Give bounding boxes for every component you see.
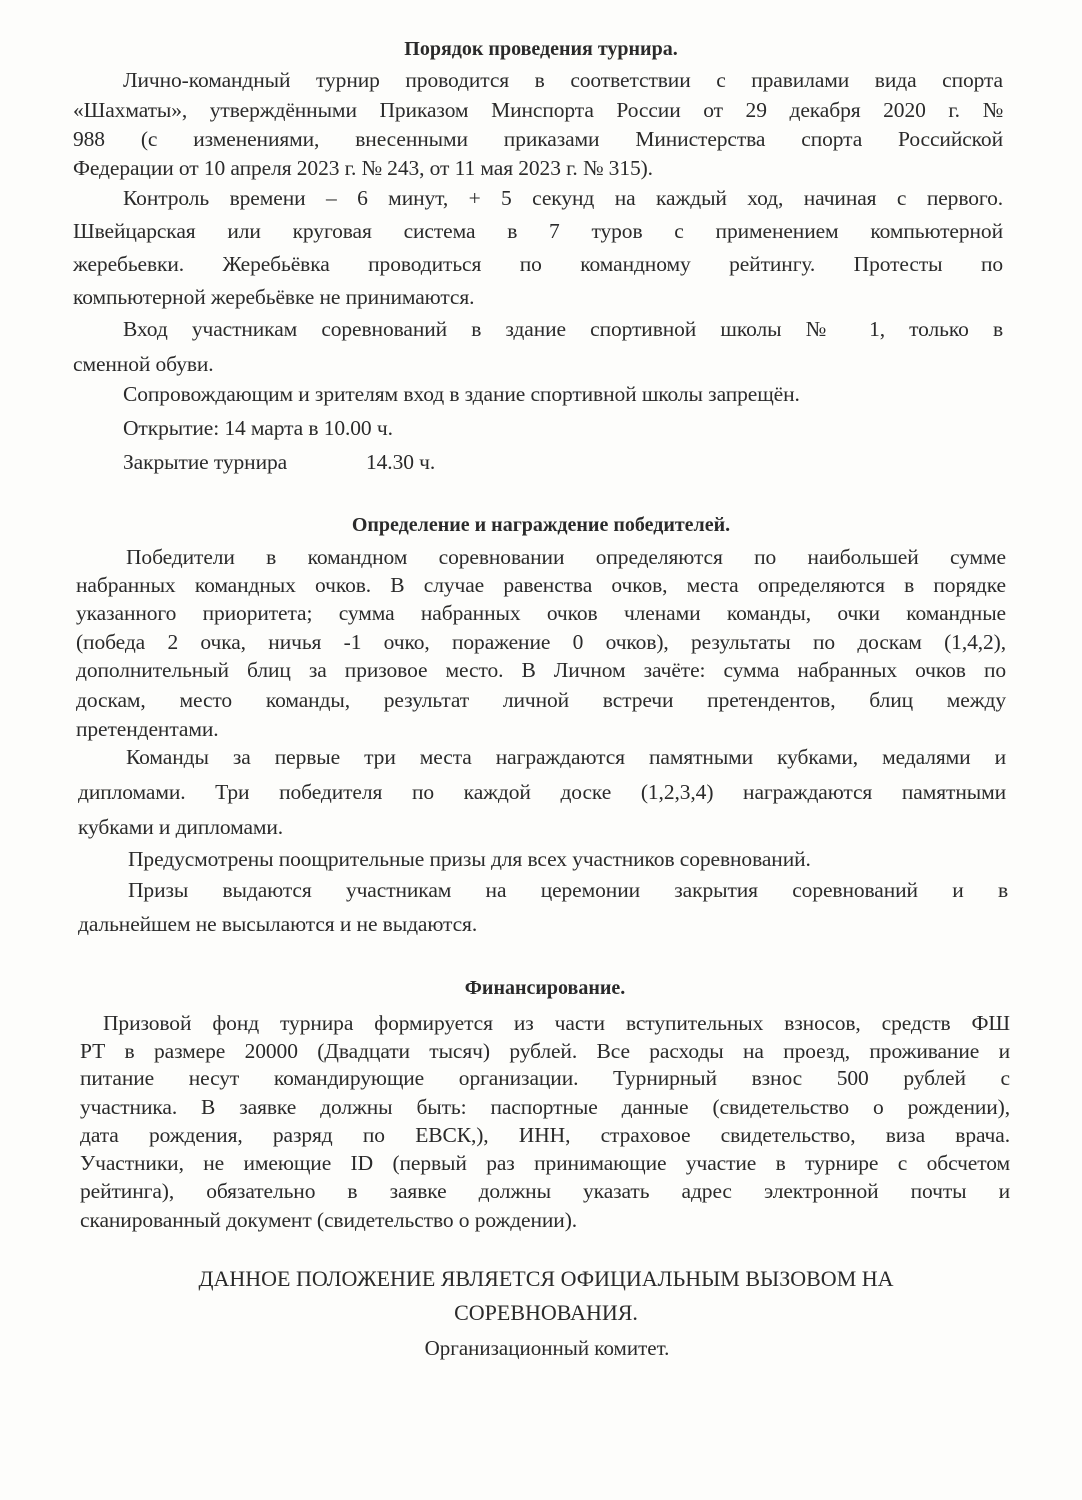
- paragraph-line: питание несут командирующие организации.…: [80, 1064, 1010, 1092]
- official-notice-line2: СОРЕВНОВАНИЯ.: [0, 1300, 1082, 1326]
- paragraph-line: Призовой фонд турнира формируется из час…: [103, 1009, 1010, 1037]
- opening-time: Открытие: 14 марта в 10.00 ч.: [123, 414, 393, 442]
- signature: Организационный комитет.: [0, 1336, 1082, 1361]
- section-heading-winners: Определение и награждение победителей.: [0, 514, 1082, 537]
- paragraph-line: компьютерной жеребьёвке не принимаются.: [73, 283, 474, 311]
- section-heading-financing: Финансирование.: [0, 977, 1082, 1000]
- paragraph-line: дополнительный блиц за призовое место. В…: [76, 656, 1006, 684]
- paragraph-line: РТ в размере 20000 (Двадцати тысяч) рубл…: [80, 1037, 1010, 1065]
- paragraph-line: Участники, не имеющие ID (первый раз при…: [80, 1149, 1010, 1177]
- paragraph-line: 988 (с изменениями, внесенными приказами…: [73, 125, 1003, 153]
- paragraph-line: Лично-командный турнир проводится в соот…: [123, 66, 1003, 94]
- paragraph-line: сканированный документ (свидетельство о …: [80, 1206, 577, 1234]
- paragraph-line: указанного приоритета; сумма набранных о…: [76, 599, 1006, 627]
- paragraph-line: Швейцарская или круговая система в 7 тур…: [73, 217, 1003, 245]
- paragraph-line: Предусмотрены поощрительные призы для вс…: [128, 845, 811, 873]
- paragraph-line: жеребьевки. Жеребьёвка проводиться по ко…: [73, 250, 1003, 278]
- paragraph-line: Федерации от 10 апреля 2023 г. № 243, от…: [73, 154, 653, 182]
- paragraph-line: Вход участникам соревнований в здание сп…: [123, 315, 1003, 343]
- paragraph-line: претендентами.: [76, 715, 219, 743]
- document-page: Порядок проведения турнира. Лично-команд…: [0, 0, 1082, 1500]
- paragraph-line: Победители в командном соревновании опре…: [126, 543, 1006, 571]
- paragraph-line: дальнейшем не высылаются и не выдаются.: [78, 910, 477, 938]
- closing-label: Закрытие турнира: [123, 448, 287, 476]
- paragraph-line: дипломами. Три победителя по каждой доск…: [78, 778, 1006, 806]
- paragraph-line: (победа 2 очка, ничья -1 очко, поражение…: [76, 628, 1006, 656]
- paragraph-line: дата рождения, разряд по ЕВСК,), ИНН, ст…: [80, 1121, 1010, 1149]
- paragraph-line: сменной обуви.: [73, 350, 214, 378]
- paragraph-line: Команды за первые три места награждаются…: [126, 743, 1006, 771]
- paragraph-line: Сопровождающим и зрителям вход в здание …: [123, 380, 800, 408]
- section-heading-procedure: Порядок проведения турнира.: [0, 38, 1082, 61]
- paragraph-line: рейтинга), обязательно в заявке должны у…: [80, 1177, 1010, 1205]
- closing-time: 14.30 ч.: [366, 448, 435, 476]
- official-notice-line1: ДАННОЕ ПОЛОЖЕНИЕ ЯВЛЯЕТСЯ ОФИЦИАЛЬНЫМ ВЫ…: [0, 1266, 1082, 1292]
- paragraph-line: доскам, место команды, результат личной …: [76, 686, 1006, 714]
- paragraph-line: участника. В заявке должны быть: паспорт…: [80, 1093, 1010, 1121]
- paragraph-line: Контроль времени – 6 минут, + 5 секунд н…: [123, 184, 1003, 212]
- paragraph-line: кубками и дипломами.: [78, 813, 283, 841]
- paragraph-line: «Шахматы», утверждёнными Приказом Минспо…: [73, 96, 1003, 124]
- paragraph-line: набранных командных очков. В случае раве…: [76, 571, 1006, 599]
- paragraph-line: Призы выдаются участникам на церемонии з…: [128, 876, 1008, 904]
